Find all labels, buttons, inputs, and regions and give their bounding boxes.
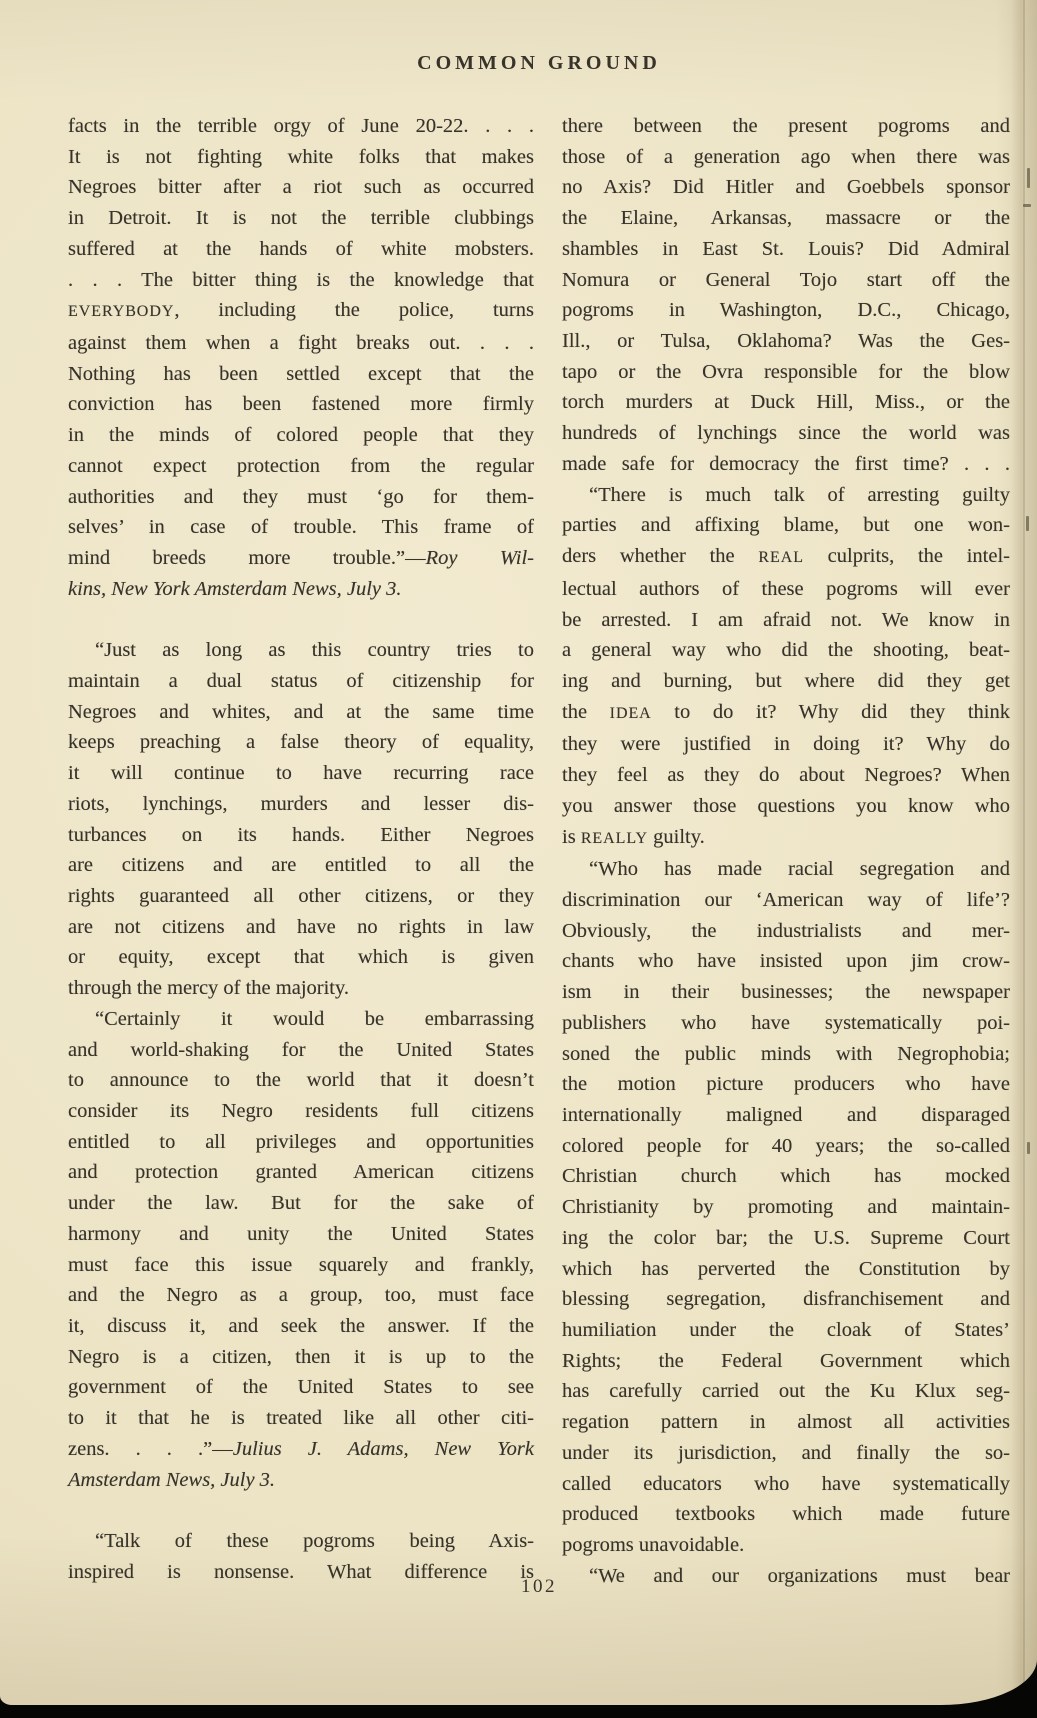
text-line: which has perverted the Constitution by [562, 1254, 1010, 1285]
text-line: zens. . . .”—Julius J. Adams, New York [68, 1434, 534, 1465]
left-column: facts in the terrible orgy of June 20-22… [68, 111, 534, 1588]
text-line: Negroes bitter after a riot such as occu… [68, 172, 534, 203]
text-line: soned the public minds with Negrophobia; [562, 1039, 1010, 1070]
text-line: colored people for 40 years; the so-call… [562, 1131, 1010, 1162]
paragraph: there between the present pogroms andtho… [562, 111, 1010, 480]
text-line: Rights; the Federal Government which [562, 1346, 1010, 1377]
text-line: no Axis? Did Hitler and Goebbels sponsor [562, 172, 1010, 203]
text-line: regation pattern in almost all activitie… [562, 1407, 1010, 1438]
text-line: cannot expect protection from the regula… [68, 451, 534, 482]
edge-mark [1027, 1142, 1030, 1154]
text-line: Amsterdam News, July 3. [68, 1465, 534, 1496]
scanned-book-page: { "theme": { "paper": "#ede4c6", "ink": … [0, 0, 1037, 1718]
text-line: pogroms in Washington, D.C., Chicago, [562, 295, 1010, 326]
text-line: “Who has made racial segregation and [562, 854, 1010, 885]
right-column: there between the present pogroms andtho… [562, 111, 1010, 1592]
paragraph: “Who has made racial segregation anddisc… [562, 854, 1010, 1561]
text-line: against them when a fight breaks out. . … [68, 328, 534, 359]
text-line: maintain a dual status of citizenship fo… [68, 666, 534, 697]
paragraph: “Just as long as this country tries toma… [68, 635, 534, 1004]
text-line: mind breeds more trouble.”—Roy Wil- [68, 543, 534, 574]
text-line: humiliation under the cloak of States’ [562, 1315, 1010, 1346]
text-line: and the Negro as a group, too, must face [68, 1280, 534, 1311]
text-line: “Talk of these pogroms being Axis- [68, 1526, 534, 1557]
text-line: has carefully carried out the Ku Klux se… [562, 1376, 1010, 1407]
text-line: those of a generation ago when there was [562, 142, 1010, 173]
text-line: Nothing has been settled except that the [68, 359, 534, 390]
text-line: “Certainly it would be embarrassing [68, 1004, 534, 1035]
text-line: pogroms unavoidable. [562, 1530, 1010, 1561]
page-edge-line [1023, 0, 1025, 1705]
text-line: are citizens and are entitled to all the [68, 850, 534, 881]
text-line: ing and burning, but where did they get [562, 666, 1010, 697]
text-line: shambles in East St. Louis? Did Admiral [562, 234, 1010, 265]
text-line: consider its Negro residents full citize… [68, 1096, 534, 1127]
text-line: or equity, except that which is given [68, 942, 534, 973]
text-line: Negroes and whites, and at the same time [68, 697, 534, 728]
text-line: made safe for democracy the first time? … [562, 449, 1010, 480]
text-line: under the law. But for the sake of [68, 1188, 534, 1219]
text-line: kins, New York Amsterdam News, July 3. [68, 574, 534, 605]
paragraph: facts in the terrible orgy of June 20-22… [68, 111, 534, 605]
text-line: parties and affixing blame, but one won- [562, 510, 1010, 541]
text-line: Obviously, the industrialists and mer- [562, 916, 1010, 947]
text-line: ders whether the REAL culprits, the inte… [562, 541, 1010, 574]
text-line: torch murders at Duck Hill, Miss., or th… [562, 387, 1010, 418]
text-line: are not citizens and have no rights in l… [68, 912, 534, 943]
text-line: ing the color bar; the U.S. Supreme Cour… [562, 1223, 1010, 1254]
text-line: publishers who have systematically poi- [562, 1008, 1010, 1039]
text-line: and protection granted American citizens [68, 1157, 534, 1188]
text-line: discrimination our ‘American way of life… [562, 885, 1010, 916]
text-line: internationally maligned and disparaged [562, 1100, 1010, 1131]
text-line: chants who have insisted upon jim crow- [562, 946, 1010, 977]
text-line: through the mercy of the majority. [68, 973, 534, 1004]
running-head: COMMON GROUND [68, 52, 1010, 75]
edge-mark [1026, 516, 1029, 531]
text-line: conviction has been fastened more firmly [68, 389, 534, 420]
text-line: under its jurisdiction, and finally the … [562, 1438, 1010, 1469]
text-line: they were justified in doing it? Why do [562, 729, 1010, 760]
text-line: called educators who have systematically [562, 1469, 1010, 1500]
text-line: Nomura or General Tojo start off the [562, 265, 1010, 296]
text-line: lectual authors of these pogroms will ev… [562, 574, 1010, 605]
edge-mark [1027, 168, 1030, 188]
paragraph: “Certainly it would be embarrassingand w… [68, 1004, 534, 1496]
text-line: they feel as they do about Negroes? When [562, 760, 1010, 791]
text-line: harmony and unity the United States [68, 1219, 534, 1250]
text-line: is REALLY guilty. [562, 822, 1010, 855]
text-line: Ill., or Tulsa, Oklahoma? Was the Ges- [562, 326, 1010, 357]
text-line: turbances on its hands. Either Negroes [68, 820, 534, 851]
text-line: entitled to all privileges and opportuni… [68, 1127, 534, 1158]
text-line: must face this issue squarely and frankl… [68, 1250, 534, 1281]
text-line: you answer those questions you know who [562, 791, 1010, 822]
text-line: Christian church which has mocked [562, 1161, 1010, 1192]
text-line: government of the United States to see [68, 1372, 534, 1403]
paragraph: “There is much talk of arresting guiltyp… [562, 480, 1010, 855]
text-line: it, discuss it, and seek the answer. If … [68, 1311, 534, 1342]
text-line: the Elaine, Arkansas, massacre or the [562, 203, 1010, 234]
text-line: rights guaranteed all other citizens, or… [68, 881, 534, 912]
text-line: in the minds of colored people that they [68, 420, 534, 451]
text-line: produced textbooks which made future [562, 1499, 1010, 1530]
text-line: hundreds of lynchings since the world wa… [562, 418, 1010, 449]
book-page: COMMON GROUND facts in the terrible orgy… [0, 0, 1037, 1705]
text-line: Negro is a citizen, then it is up to the [68, 1342, 534, 1373]
text-line: selves’ in case of trouble. This frame o… [68, 512, 534, 543]
text-line: keeps preaching a false theory of equali… [68, 727, 534, 758]
text-line: EVERYBODY, including the police, turns [68, 295, 534, 328]
text-line: “Just as long as this country tries to [68, 635, 534, 666]
text-line: “There is much talk of arresting guilty [562, 480, 1010, 511]
text-line: authorities and they must ‘go for them- [68, 482, 534, 513]
text-line: blessing segregation, disfranchisement a… [562, 1284, 1010, 1315]
edge-mark [1023, 204, 1031, 207]
text-line: It is not fighting white folks that make… [68, 142, 534, 173]
text-line: facts in the terrible orgy of June 20-22… [68, 111, 534, 142]
text-line: . . . The bitter thing is the knowledge … [68, 265, 534, 296]
text-line: to it that he is treated like all other … [68, 1403, 534, 1434]
text-line: in Detroit. It is not the terrible clubb… [68, 203, 534, 234]
text-line: ism in their businesses; the newspaper [562, 977, 1010, 1008]
page-number: 102 [68, 1576, 1010, 1598]
text-line: and world-shaking for the United States [68, 1035, 534, 1066]
text-line: be arrested. I am afraid not. We know in [562, 605, 1010, 636]
text-line: to announce to the world that it doesn’t [68, 1065, 534, 1096]
text-line: a general way who did the shooting, beat… [562, 635, 1010, 666]
text-line: riots, lynchings, murders and lesser dis… [68, 789, 534, 820]
text-line: there between the present pogroms and [562, 111, 1010, 142]
text-line: tapo or the Ovra responsible for the blo… [562, 357, 1010, 388]
text-line: it will continue to have recurring race [68, 758, 534, 789]
text-line: Christianity by promoting and maintain- [562, 1192, 1010, 1223]
text-line: suffered at the hands of white mobsters. [68, 234, 534, 265]
text-line: the IDEA to do it? Why did they think [562, 697, 1010, 730]
text-line: the motion picture producers who have [562, 1069, 1010, 1100]
